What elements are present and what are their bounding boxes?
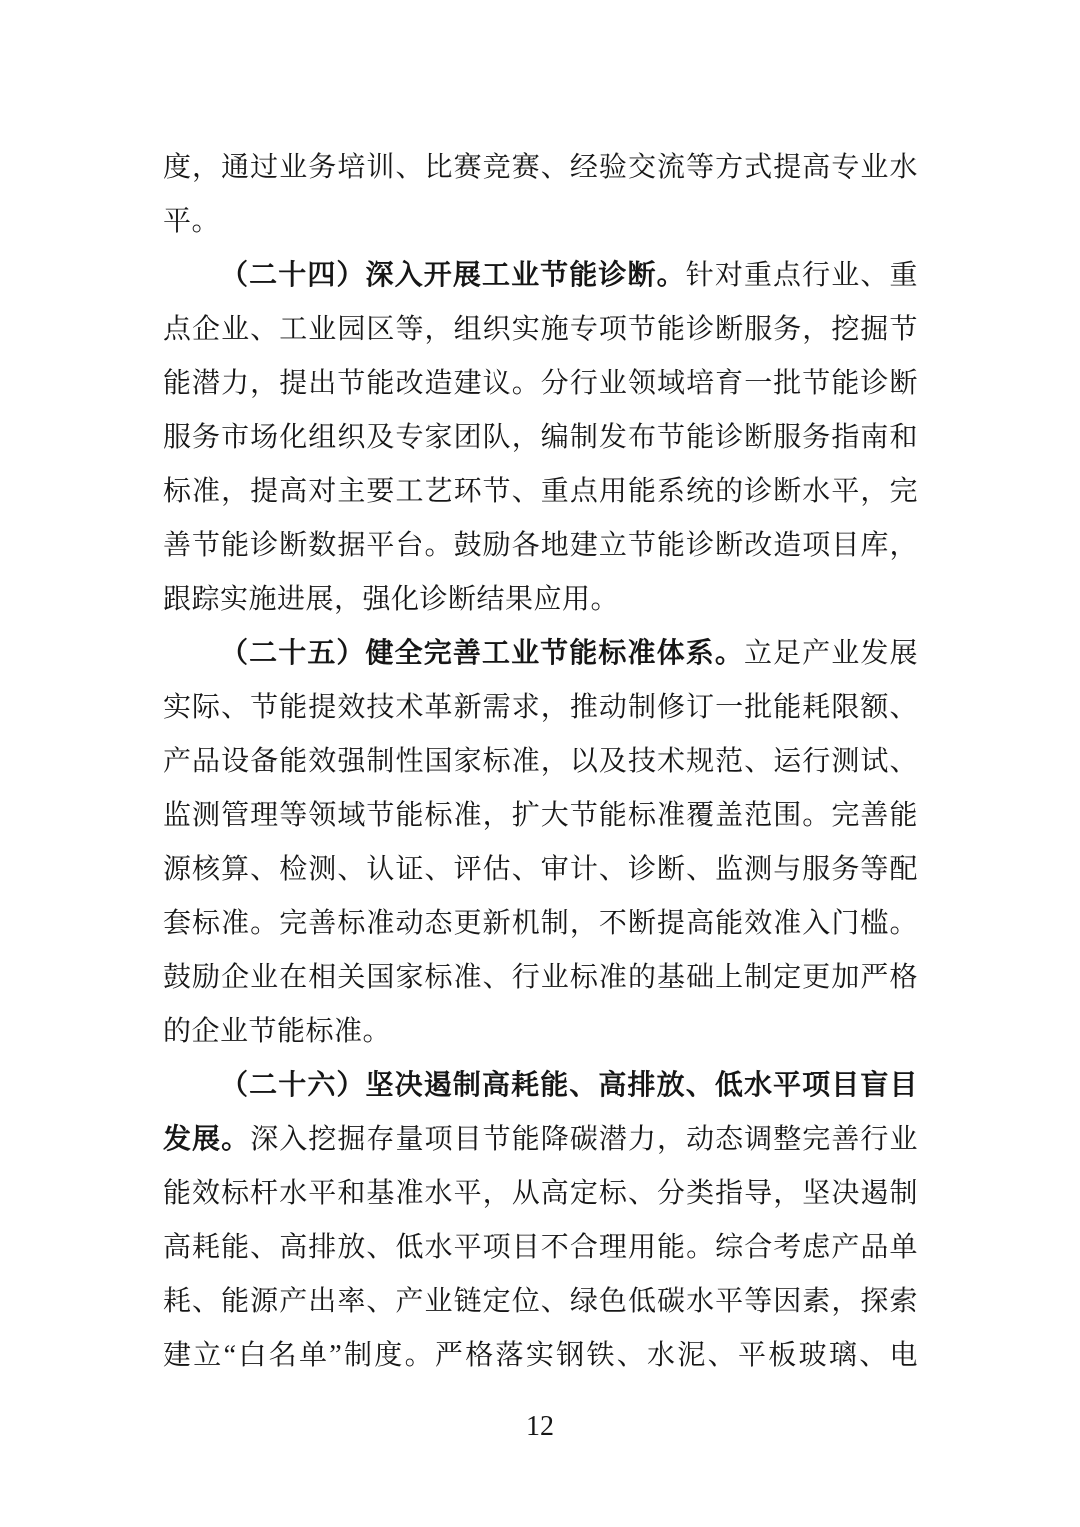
body-text-segment: 鼓励企业在相关国家标准、行业标准的基础上制定更加严格: [163, 962, 918, 993]
text-line: 实际、节能提效技术革新需求，推动制修订一批能耗限额、: [163, 681, 918, 735]
text-line: 度，通过业务培训、比赛竞赛、经验交流等方式提高专业水: [163, 141, 918, 195]
body-text-segment: 善节能诊断数据平台。鼓励各地建立节能诊断改造项目库，: [163, 530, 918, 561]
body-text-segment: 耗、能源产出率、产业链定位、绿色低碳水平等因素，探索: [163, 1286, 918, 1317]
text-line: 建立“白名单”制度。严格落实钢铁、水泥、平板玻璃、电: [163, 1329, 918, 1383]
text-line: 标准，提高对主要工艺环节、重点用能系统的诊断水平，完: [163, 465, 918, 519]
text-line: 鼓励企业在相关国家标准、行业标准的基础上制定更加严格: [163, 951, 918, 1005]
page-number: 12: [0, 1400, 1080, 1454]
text-line: 平。: [163, 195, 918, 249]
text-line: 高耗能、高排放、低水平项目不合理用能。综合考虑产品单: [163, 1221, 918, 1275]
body-text-segment: 深入挖掘存量项目节能降碳潜力，动态调整完善行业: [250, 1124, 918, 1155]
text-line: 的企业节能标准。: [163, 1005, 918, 1059]
body-text-segment: 点企业、工业园区等，组织实施专项节能诊断服务，挖掘节: [163, 314, 918, 345]
text-line: 源核算、检测、认证、评估、审计、诊断、监测与服务等配: [163, 843, 918, 897]
body-text-segment: 跟踪实施进展，强化诊断结果应用。: [163, 584, 619, 615]
body-text-segment: 监测管理等领域节能标准，扩大节能标准覆盖范围。完善能: [163, 800, 918, 831]
text-line: 服务市场化组织及专家团队，编制发布节能诊断服务指南和: [163, 411, 918, 465]
text-line: 点企业、工业园区等，组织实施专项节能诊断服务，挖掘节: [163, 303, 918, 357]
bold-heading-segment: （二十六）坚决遏制高耗能、高排放、低水平项目盲目: [220, 1070, 918, 1101]
body-text-segment: 套标准。完善标准动态更新机制，不断提高能效准入门槛。: [163, 908, 918, 939]
bold-heading-segment: 发展。: [163, 1124, 250, 1155]
body-text-segment: 高耗能、高排放、低水平项目不合理用能。综合考虑产品单: [163, 1232, 918, 1263]
text-line: （二十六）坚决遏制高耗能、高排放、低水平项目盲目: [163, 1059, 918, 1113]
body-text-segment: 能潜力，提出节能改造建议。分行业领域培育一批节能诊断: [163, 368, 918, 399]
body-text-segment: 实际、节能提效技术革新需求，推动制修订一批能耗限额、: [163, 692, 918, 723]
body-text-segment: 服务市场化组织及专家团队，编制发布节能诊断服务指南和: [163, 422, 918, 453]
text-line: 监测管理等领域节能标准，扩大节能标准覆盖范围。完善能: [163, 789, 918, 843]
text-line: 能潜力，提出节能改造建议。分行业领域培育一批节能诊断: [163, 357, 918, 411]
text-line: （二十五）健全完善工业节能标准体系。立足产业发展: [163, 627, 918, 681]
text-line: （二十四）深入开展工业节能诊断。针对重点行业、重: [163, 249, 918, 303]
bold-heading-segment: （二十五）健全完善工业节能标准体系。: [220, 638, 744, 669]
text-line: 套标准。完善标准动态更新机制，不断提高能效准入门槛。: [163, 897, 918, 951]
body-text-segment: 平。: [163, 206, 220, 237]
body-text-segment: 产品设备能效强制性国家标准，以及技术规范、运行测试、: [163, 746, 918, 777]
document-text-block: 度，通过业务培训、比赛竞赛、经验交流等方式提高专业水平。（二十四）深入开展工业节…: [163, 141, 918, 1383]
text-line: 善节能诊断数据平台。鼓励各地建立节能诊断改造项目库，: [163, 519, 918, 573]
body-text-segment: 针对重点行业、重: [686, 260, 918, 291]
text-line: 产品设备能效强制性国家标准，以及技术规范、运行测试、: [163, 735, 918, 789]
body-text-segment: 的企业节能标准。: [163, 1016, 391, 1047]
body-text-segment: 建立“白名单”制度。严格落实钢铁、水泥、平板玻璃、电: [163, 1340, 918, 1371]
document-page: 度，通过业务培训、比赛竞赛、经验交流等方式提高专业水平。（二十四）深入开展工业节…: [0, 0, 1080, 1527]
body-text-segment: 标准，提高对主要工艺环节、重点用能系统的诊断水平，完: [163, 476, 918, 507]
text-line: 能效标杆水平和基准水平，从高定标、分类指导，坚决遏制: [163, 1167, 918, 1221]
text-line: 耗、能源产出率、产业链定位、绿色低碳水平等因素，探索: [163, 1275, 918, 1329]
body-text-segment: 立足产业发展: [744, 638, 918, 669]
body-text-segment: 源核算、检测、认证、评估、审计、诊断、监测与服务等配: [163, 854, 918, 885]
body-text-segment: 能效标杆水平和基准水平，从高定标、分类指导，坚决遏制: [163, 1178, 918, 1209]
bold-heading-segment: （二十四）深入开展工业节能诊断。: [220, 260, 686, 291]
text-line: 发展。深入挖掘存量项目节能降碳潜力，动态调整完善行业: [163, 1113, 918, 1167]
text-line: 跟踪实施进展，强化诊断结果应用。: [163, 573, 918, 627]
body-text-segment: 度，通过业务培训、比赛竞赛、经验交流等方式提高专业水: [163, 152, 918, 183]
